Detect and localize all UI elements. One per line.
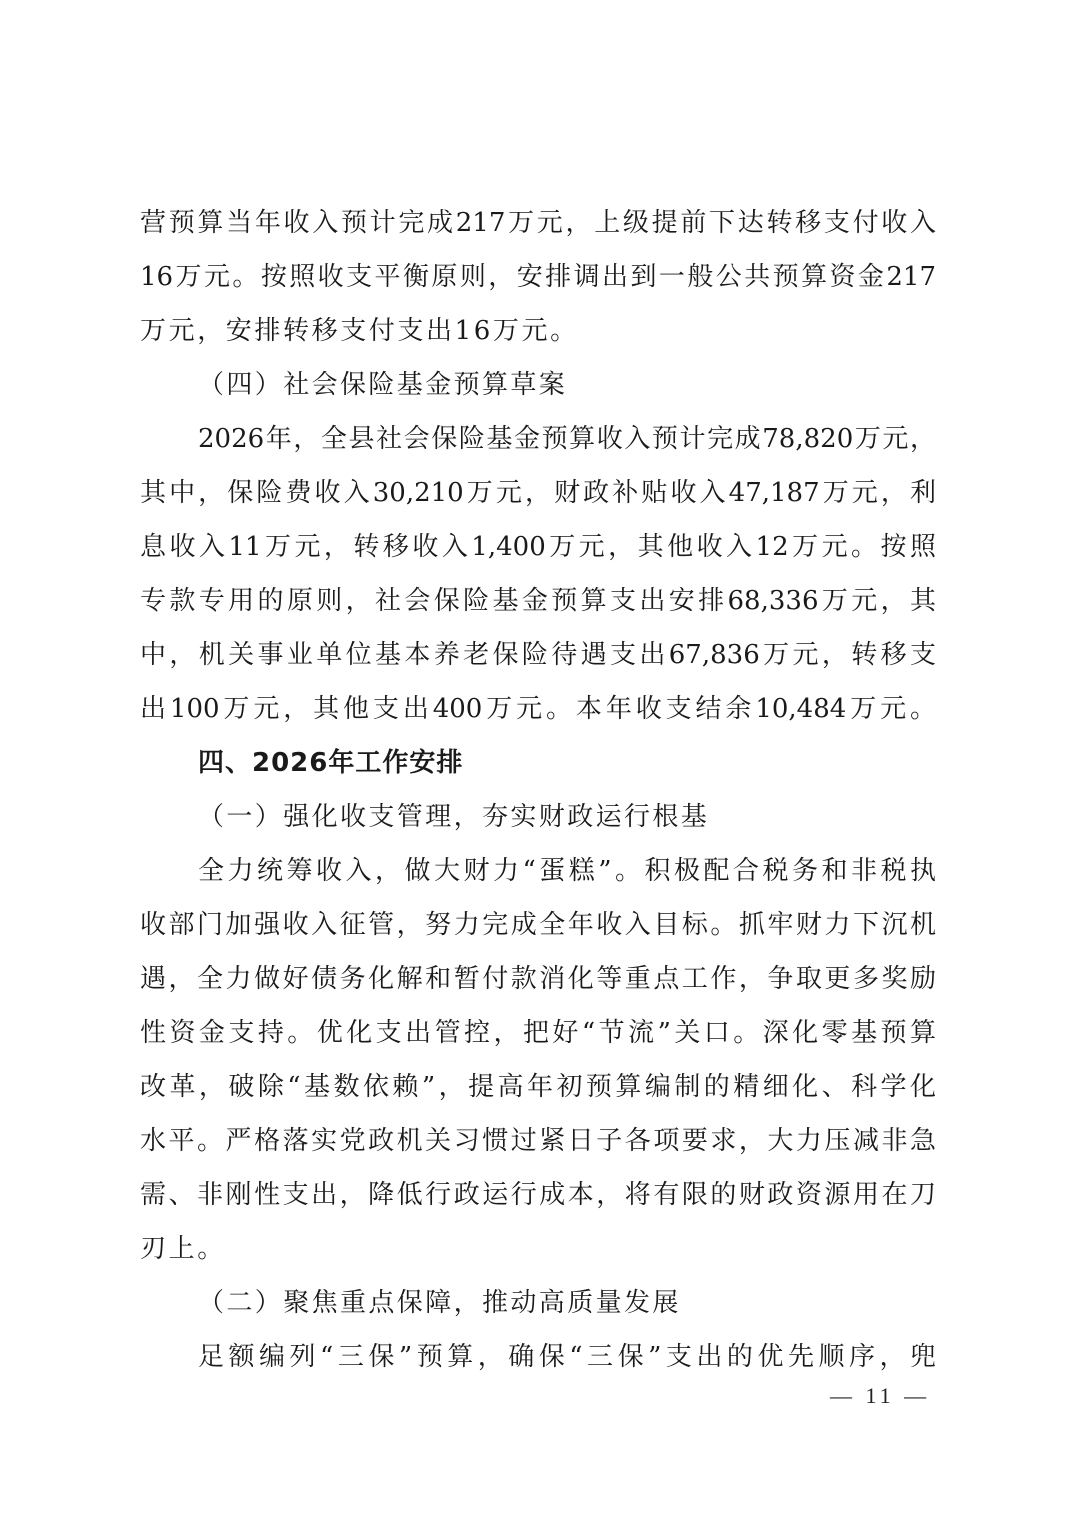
section-heading: 四、2026年工作安排 [198, 736, 463, 790]
paragraph-line: 中，机关事业单位基本养老保险待遇支出67,836万元，转移支 [140, 628, 936, 682]
paragraph-line: 出100万元，其他支出400万元。本年收支结余10,484万元。 [140, 682, 936, 736]
paragraph-line: 营预算当年收入预计完成217万元，上级提前下达转移支付收入 [140, 196, 936, 250]
paragraph-line: 息收入11万元，转移收入1,400万元，其他收入12万元。按照 [140, 520, 936, 574]
paragraph-line: 水平。严格落实党政机关习惯过紧日子各项要求，大力压减非急 [140, 1114, 936, 1168]
page-number: — 11 — [830, 1383, 930, 1409]
paragraph-line: 改革，破除“基数依赖”，提高年初预算编制的精细化、科学化 [140, 1060, 936, 1114]
subsection-heading: （四）社会保险基金预算草案 [198, 358, 567, 412]
subsection-heading: （二）聚焦重点保障，推动高质量发展 [198, 1276, 681, 1330]
paragraph-line: 足额编列“三保”预算，确保“三保”支出的优先顺序，兜 [198, 1330, 936, 1384]
paragraph-line: 专款专用的原则，社会保险基金预算支出安排68,336万元，其 [140, 574, 936, 628]
paragraph-line: 需、非刚性支出，降低行政运行成本，将有限的财政资源用在刀 [140, 1168, 936, 1222]
paragraph-line: 刃上。 [140, 1222, 226, 1276]
paragraph-line: 遇，全力做好债务化解和暂付款消化等重点工作，争取更多奖励 [140, 952, 936, 1006]
paragraph-line: 2026年，全县社会保险基金预算收入预计完成78,820万元， [198, 412, 936, 466]
paragraph-line: 万元，安排转移支付支出16万元。 [140, 304, 579, 358]
subsection-heading: （一）强化收支管理，夯实财政运行根基 [198, 790, 709, 844]
paragraph-line: 其中，保险费收入30,210万元，财政补贴收入47,187万元，利 [140, 466, 936, 520]
paragraph-line: 16万元。按照收支平衡原则，安排调出到一般公共预算资金217 [140, 250, 936, 304]
paragraph-line: 全力统筹收入，做大财力“蛋糕”。积极配合税务和非税执 [198, 844, 936, 898]
paragraph-line: 收部门加强收入征管，努力完成全年收入目标。抓牢财力下沉机 [140, 898, 936, 952]
paragraph-line: 性资金支持。优化支出管控，把好“节流”关口。深化零基预算 [140, 1006, 936, 1060]
